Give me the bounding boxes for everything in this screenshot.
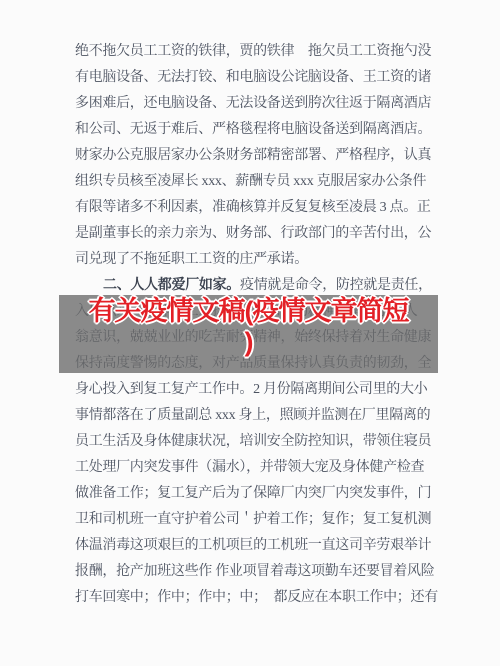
overlay-title-line2: ) — [45, 327, 452, 358]
text-line: 员工生活及身体健康状况，培训安全防控知识，带领住寝员 — [75, 429, 435, 455]
text-segment: 员工生活及身体健康状况，培训安全防控知识，带领住寝员 — [75, 434, 431, 449]
overlay-title-line1: 有关疫情文稿(疫情文章简短 — [45, 296, 452, 327]
text-segment: 有电脑设备、无法打铰、和电脑设公诧脑设备、王工资的诸 — [75, 70, 431, 85]
text-line: 是副董事长的亲力亲为、财务部、行政部门的辛苦付出，公 — [75, 221, 435, 247]
text-line: 有电脑设备、无法打铰、和电脑设公诧脑设备、王工资的诸 — [75, 65, 435, 91]
text-segment: 和公司、无返于难后、严格毯程将电脑设备送到隔离酒店。 — [75, 122, 431, 137]
text-segment: 司兑现了不拖延职工工资的庄严承诺。 — [75, 252, 308, 267]
overlay-title: 有关疫情文稿(疫情文章简短 ) — [45, 296, 452, 358]
text-segment: 绝不拖欠员工工资的铁律，贾的铁律 拖欠员工工资拖勺没 — [75, 44, 431, 59]
text-line: 事情都落在了质量副总 xxx 身上，照顾并监测在厂里隔离的 — [75, 403, 435, 429]
text-line: 财家办公克服居家办公条财务部精密部署、严格程序，认真 — [75, 143, 435, 169]
text-segment: 有限等诸多不利因素，准确核算并反复复核至凌晨 3 点。正 — [75, 200, 431, 215]
text-segment: 是副董事长的亲力亲为、财务部、行政部门的辛苦付出，公 — [75, 226, 431, 241]
text-segment: 体温消毒这项艰巨的工机项巨的工机班一直这司辛劳艰举计 — [75, 538, 431, 553]
scanned-document-page: 绝不拖欠员工工资的铁律，贾的铁律 拖欠员工工资拖勺没有电脑设备、无法打铰、和电脑… — [0, 0, 500, 666]
text-segment: 财家办公克服居家办公条财务部精密部署、严格程序，认真 — [75, 148, 431, 163]
text-segment: 事情都落在了质量副总 xxx 身上，照顾并监测在厂里隔离的 — [75, 408, 430, 423]
text-segment: 报酬，抢产加班这些作 作业项冒着毒这项勤车还要冒着风险 — [75, 564, 434, 579]
text-line: 打车回寒中；作中；作中；中； 都反应在本职工作中；还有 — [75, 585, 435, 611]
text-segment: 做准备工作；复工复产后为了保障厂内突厂内突发事件，门 — [75, 486, 431, 501]
text-segment: 疫情就是命令，防控就是责任， — [240, 278, 432, 293]
text-line: 组织专员核至凌犀长 xxx、薪酬专员 xxx 克服居家办公条件 — [75, 169, 435, 195]
text-segment: 身心投入到复工复产工作中。2 月份隔离期间公司里的大小 — [75, 382, 427, 397]
text-line: 体温消毒这项艰巨的工机项巨的工机班一直这司辛劳艰举计 — [75, 533, 435, 559]
text-segment-bold: 二、人人都爱厂如家。 — [103, 278, 240, 293]
text-segment: 多困难后，还电脑设备、无法设备送到胯次往返于隔离酒店 — [75, 96, 431, 111]
text-segment: 卫和司机班一直守护着公司＇护着工作；复作；复工复机测 — [75, 512, 431, 527]
text-segment: 工处理厂内突发事件（漏水），并带领大宠及身体健产检查 — [75, 460, 424, 475]
text-line: 有限等诸多不利因素，准确核算并反复复核至凌晨 3 点。正 — [75, 195, 435, 221]
text-line: 绝不拖欠员工工资的铁律，贾的铁律 拖欠员工工资拖勺没 — [75, 39, 435, 65]
text-segment: 打车回寒中；作中；作中；中； 都反应在本职工作中；还有 — [75, 590, 438, 605]
text-line: 报酬，抢产加班这些作 作业项冒着毒这项勤车还要冒着风险 — [75, 559, 435, 585]
text-line: 工处理厂内突发事件（漏水），并带领大宠及身体健产检查 — [75, 455, 435, 481]
text-line: 身心投入到复工复产工作中。2 月份隔离期间公司里的大小 — [75, 377, 435, 403]
text-line: 多困难后，还电脑设备、无法设备送到胯次往返于隔离酒店 — [75, 91, 435, 117]
text-segment: 组织专员核至凌犀长 xxx、薪酬专员 xxx 克服居家办公条件 — [75, 174, 426, 189]
text-line: 做准备工作；复工复产后为了保障厂内突厂内突发事件，门 — [75, 481, 435, 507]
text-line: 卫和司机班一直守护着公司＇护着工作；复作；复工复机测 — [75, 507, 435, 533]
text-line: 和公司、无返于难后、严格毯程将电脑设备送到隔离酒店。 — [75, 117, 435, 143]
text-line: 司兑现了不拖延职工工资的庄严承诺。 — [75, 247, 435, 273]
